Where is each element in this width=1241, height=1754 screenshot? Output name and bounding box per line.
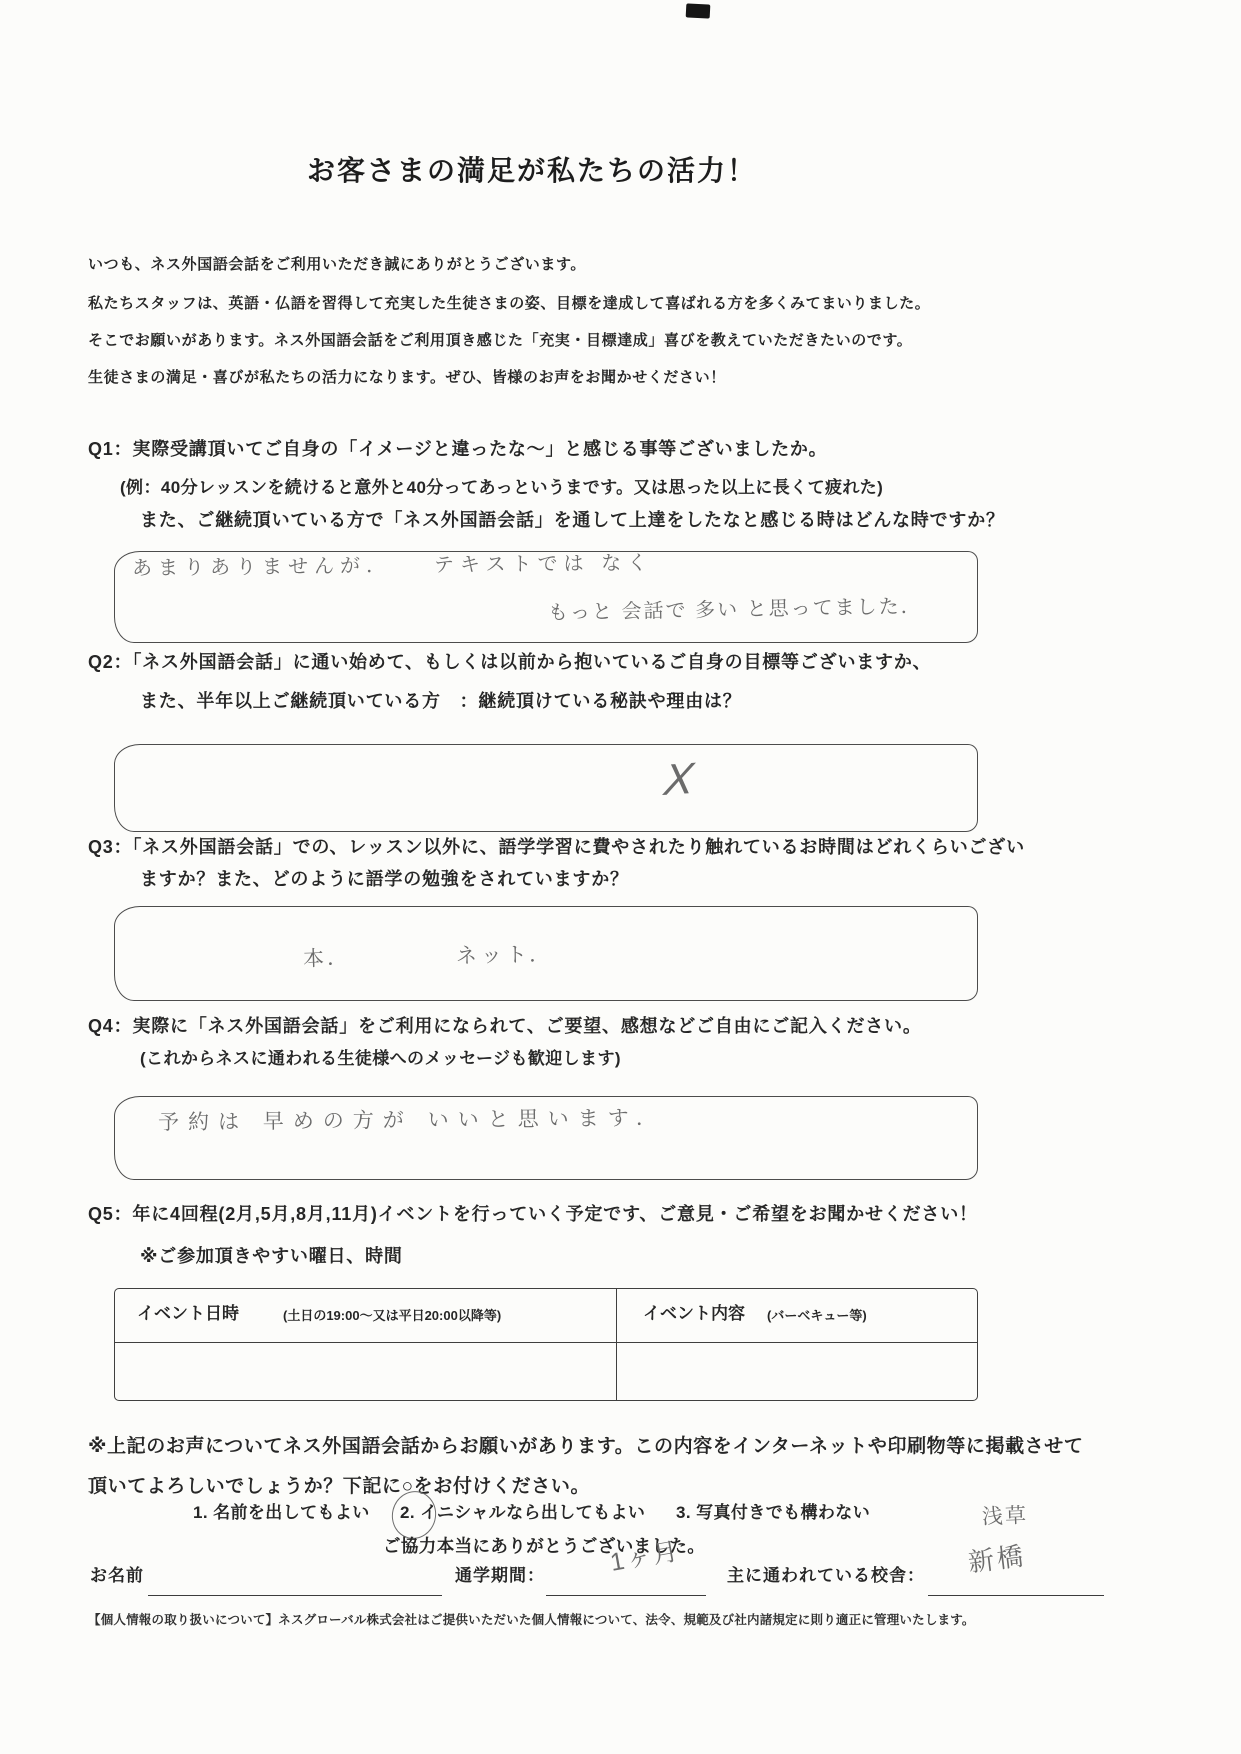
school-field-label: 主に通われている校舎： — [727, 1567, 925, 1584]
scan-artifact-mark — [686, 3, 711, 18]
intro-line-4: 生徒さまの満足・喜びが私たちの活力になります。ぜひ、皆様のお声をお聞かせください… — [88, 370, 726, 385]
q3-question-line-2: ますか？また、どのように語学の勉強をされていますか？ — [140, 870, 629, 888]
school-handwritten-note: 浅草 — [982, 1505, 1029, 1528]
q1-question-line-2: また、ご継続頂いている方で「ネス外国語会話」を通して上達をしたなと感じる時はどん… — [140, 511, 1005, 529]
intro-line-2: 私たちスタッフは、英語・仏語を習得して充実した生徒さまの姿、目標を達成して喜ばれ… — [88, 296, 930, 311]
consent-option-3: 3. 写真付きでも構わない — [676, 1504, 870, 1521]
q2-handwritten-x-mark: X — [662, 757, 695, 803]
name-field-label: お名前 — [90, 1567, 144, 1584]
school-handwritten-value: 新橋 — [967, 1543, 1028, 1576]
event-date-column-note: (土日の19:00～又は平日20:00以降等) — [283, 1309, 501, 1322]
event-date-column-header: イベント日時 — [137, 1305, 239, 1322]
event-table-header-divider — [115, 1342, 977, 1343]
consent-option-2: 2. イニシャルなら出してもよい — [400, 1504, 645, 1521]
intro-line-3: そこでお願いがあります。ネス外国語会話をご利用頂き感じた「充実・目標達成」喜びを… — [88, 333, 912, 348]
q1-question-line-1: Q1：実際受講頂いてご自身の「イメージと違ったな～」と感じる事等ございましたか。 — [88, 440, 827, 458]
q5-question-line-1: Q5：年に4回程(2月,5月,8月,11月)イベントを行っていく予定です、ご意見… — [88, 1205, 978, 1223]
period-field-label: 通学期間： — [455, 1567, 545, 1584]
q2-question-line-1: Q2：「ネス外国語会話」に通い始めて、もしくは以前から抱いているご自身の目標等ご… — [88, 653, 931, 671]
consent-line-2: 頂いてよろしいでしょうか？下記に○をお付けください。 — [88, 1477, 590, 1496]
q2-question-line-2: また、半年以上ご継続頂いている方 ：継続頂けている秘訣や理由は？ — [140, 692, 742, 710]
name-field-line — [148, 1595, 442, 1596]
q4-handwritten-answer: 予約は 早めの方が いいと思います． — [158, 1108, 666, 1133]
q3-question-line-1: Q3：「ネス外国語会話」での、レッスン以外に、語学学習に費やされたり触れているお… — [88, 838, 1025, 856]
q1-example-line: (例：40分レッスンを続けると意外と40分ってあっというまです。又は思った以上に… — [120, 479, 883, 496]
event-content-column-note: (バーベキュー等) — [767, 1309, 867, 1322]
event-table: イベント日時 (土日の19:00～又は平日20:00以降等) イベント内容 (バ… — [114, 1288, 978, 1401]
event-content-column-header: イベント内容 — [643, 1305, 745, 1322]
questionnaire-scan-page: お客さまの満足が私たちの活力！ いつも、ネス外国語会話をご利用いただき誠にありが… — [0, 0, 1241, 1754]
q1-handwritten-answer-line-1: あまりありませんが． テキストでは なく — [132, 553, 653, 578]
consent-option-1: 1. 名前を出してもよい — [193, 1504, 370, 1521]
q4-question-line-1: Q4：実際に「ネス外国語会話」をご利用になられて、ご要望、感想などご自由にご記入… — [88, 1017, 922, 1035]
q2-answer-box — [114, 744, 978, 832]
period-field-line — [546, 1595, 706, 1596]
school-field-line — [928, 1595, 1104, 1596]
q3-handwritten-answer-net: ネット． — [456, 944, 554, 967]
q4-question-line-2: (これからネスに通われる生徒様へのメッセージも歓迎します) — [140, 1050, 621, 1067]
q3-handwritten-answer-book: 本． — [303, 947, 352, 970]
privacy-notice: 【個人情報の取り扱いについて】ネスグローバル株式会社はご提供いただいた個人情報に… — [88, 1614, 975, 1627]
event-table-column-divider — [616, 1289, 617, 1400]
q5-note-line: ※ご参加頂きやすい曜日、時間 — [140, 1247, 403, 1265]
page-title: お客さまの満足が私たちの活力！ — [307, 157, 757, 185]
intro-line-1: いつも、ネス外国語会話をご利用いただき誠にありがとうございます。 — [88, 257, 586, 272]
consent-line-1: ※上記のお声についてネス外国語会話からお願いがあります。この内容をインターネット… — [88, 1437, 1083, 1456]
